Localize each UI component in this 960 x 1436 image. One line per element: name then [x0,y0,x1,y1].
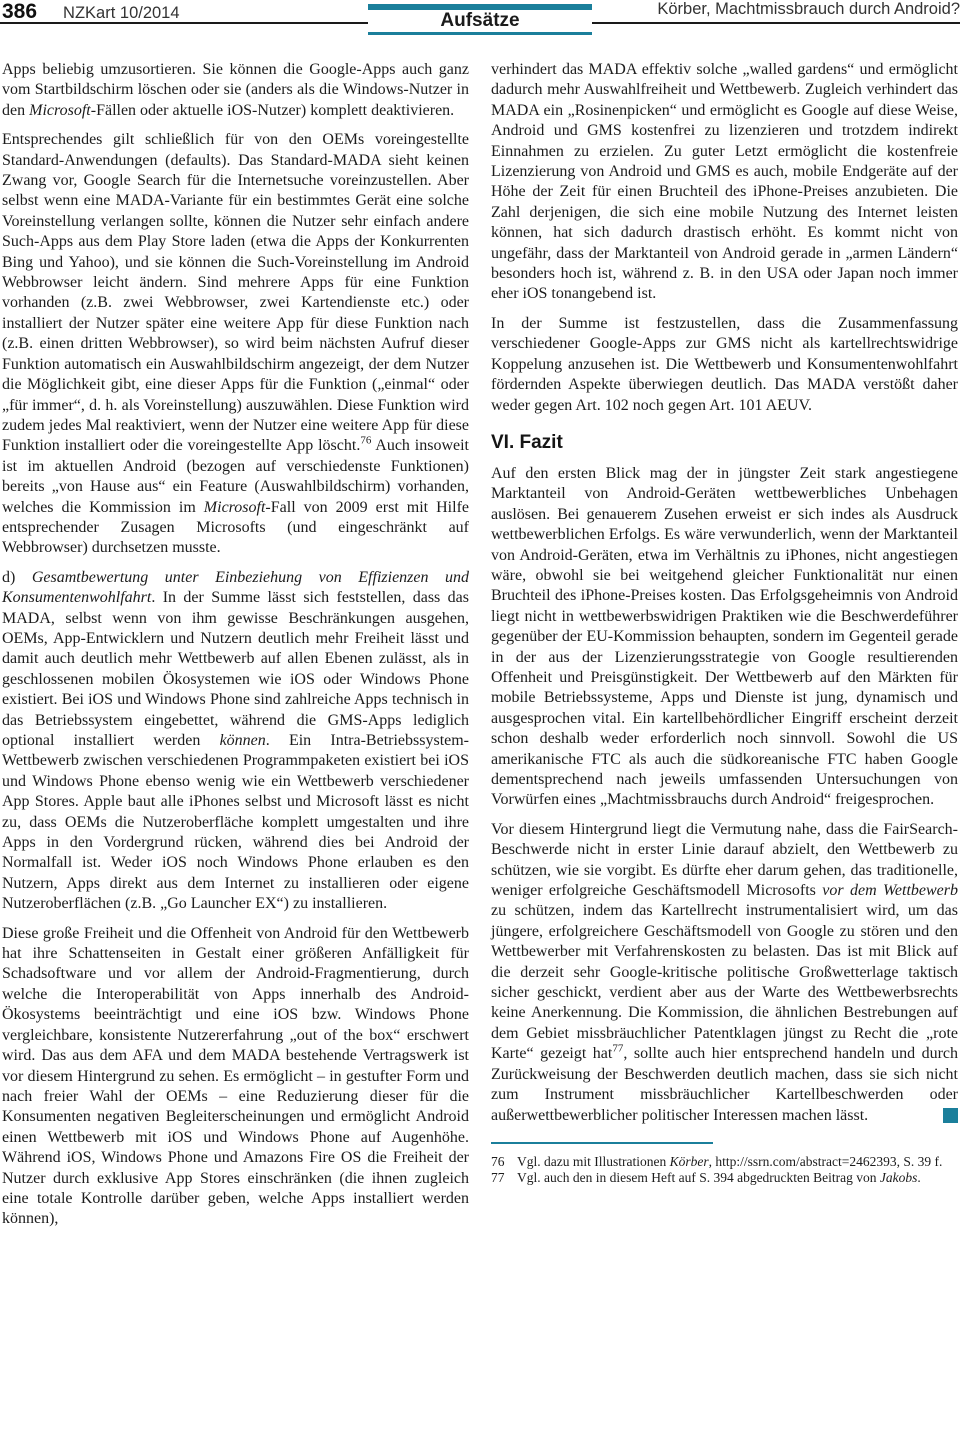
section-tab: Aufsätze [368,0,592,40]
paragraph-text: Vor diesem Hintergrund liegt die Vermutu… [491,821,958,1124]
journal-page: 386 NZKart 10/2014 Körber, Machtmissbrau… [0,0,960,1436]
paragraph: Auf den ersten Blick mag der in jüngster… [491,464,958,811]
footnote: 76 Vgl. dazu mit Illustrationen Körber, … [491,1154,958,1171]
footnote-text: Vgl. auch den in diesem Heft auf S. 394 … [517,1170,958,1187]
article-body: Apps beliebig umzusortieren. Sie können … [0,50,960,1239]
paragraph: Apps beliebig umzusortieren. Sie können … [2,60,469,121]
left-column: Apps beliebig umzusortieren. Sie können … [2,60,469,1239]
footnote-separator-rule [491,1142,713,1144]
footnote: 77 Vgl. auch den in diesem Heft auf S. 3… [491,1170,958,1187]
paragraph: d) Gesamtbewertung unter Einbeziehung vo… [2,568,469,915]
paragraph: verhindert das MADA effektiv solche „wal… [491,60,958,305]
header-left: 386 NZKart 10/2014 [2,0,194,22]
page-header: 386 NZKart 10/2014 Körber, Machtmissbrau… [0,0,960,50]
running-title: Körber, Machtmissbrauch durch Android? [643,0,960,22]
footnote-text: Vgl. dazu mit Illustrationen Körber, htt… [517,1154,958,1171]
paragraph: Entsprechendes gilt schließlich für von … [2,130,469,559]
section-tab-label: Aufsätze [368,10,592,32]
footnote-number: 76 [491,1154,517,1171]
journal-issue: NZKart 10/2014 [63,4,179,23]
right-column: verhindert das MADA effektiv solche „wal… [491,60,958,1239]
footnote-number: 77 [491,1170,517,1187]
end-of-article-marker [943,1108,958,1123]
paragraph: In der Summe ist festzustellen, dass die… [491,314,958,416]
section-heading-fazit: VI. Fazit [491,432,958,454]
paragraph: Diese große Freiheit und die Offenheit v… [2,924,469,1230]
paragraph: Vor diesem Hintergrund liegt die Vermutu… [491,820,958,1126]
page-number: 386 [2,0,37,24]
footnotes-block: 76 Vgl. dazu mit Illustrationen Körber, … [491,1142,958,1187]
section-tab-bar-bottom [368,32,592,35]
